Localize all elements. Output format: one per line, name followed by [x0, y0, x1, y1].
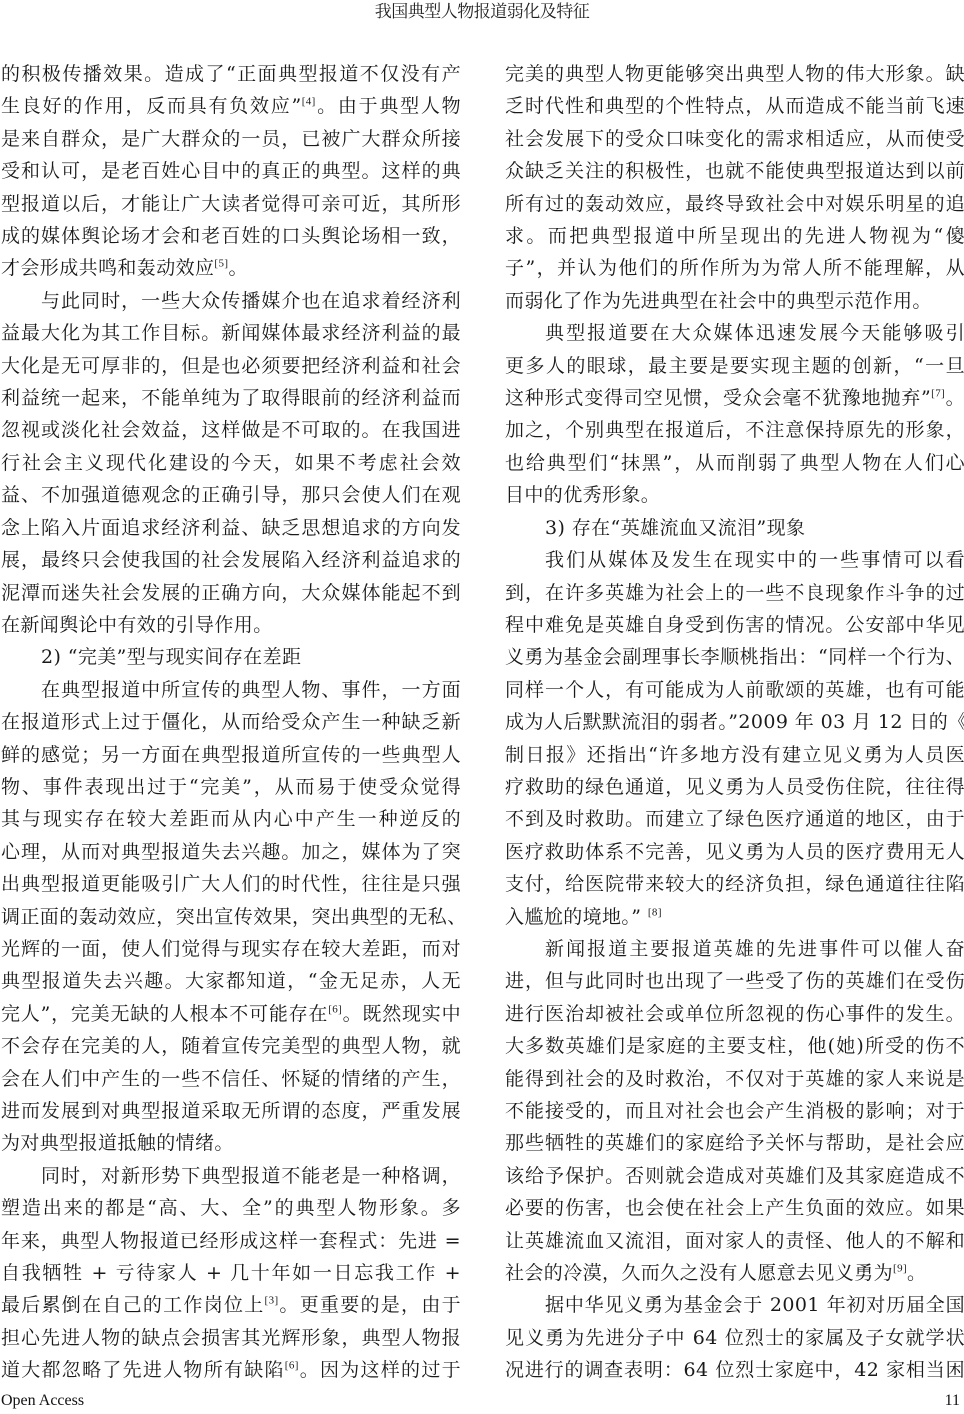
text-line: 最后累倒在自己的工作岗位上[3]。更重要的是，由于 — [1, 1289, 461, 1321]
text-line: 利益统一起来，不能单纯为了取得眼前的经济利益而 — [1, 382, 461, 414]
text-line: 加之，个别典型在报道后，不注意保持原先的形象， — [505, 414, 964, 446]
footer-journal-label: Open Access — [1, 1392, 84, 1410]
text-line: 这种形式变得司空见惯，受众会毫不犹豫地抛弃”[7]。 — [505, 382, 964, 414]
text-line: 型报道以后，才能让广大读者觉得可亲可近，其所形 — [1, 188, 461, 220]
text-line: 是来自群众，是广大群众的一员，已被广大群众所接 — [1, 123, 461, 155]
text-line: 社会发展下的受众口味变化的需求相适应，从而使受 — [505, 123, 964, 155]
text-line: 念上陷入片面追求经济利益、缺乏思想追求的方向发 — [1, 512, 461, 544]
text-line: 进行医治却被社会或单位所忽视的伤心事件的发生。 — [505, 998, 964, 1030]
text-line: 也给典型们“抹黑”，从而削弱了典型人物在人们心 — [505, 447, 964, 479]
text-line: 出典型报道更能吸引广大人们的时代性，往往是只强 — [1, 868, 461, 900]
text-line: 为对典型报道抵触的情绪。 — [1, 1127, 461, 1159]
text-line: 同样一个人，有可能成为人前歌颂的英雄，也有可能 — [505, 674, 964, 706]
text-line: 能得到社会的及时救治，不仅对于英雄的家人来说是 — [505, 1063, 964, 1095]
text-line: 心理，从而对典型报道失去兴趣。加之，媒体为了突 — [1, 836, 461, 868]
text-line: 3) 存在“英雄流血又流泪”现象 — [505, 512, 964, 544]
text-line: 年来，典型人物报道已经形成这样一套程式：先进 = — [1, 1225, 461, 1257]
text-line: 更多人的眼球，最主要是要实现主题的创新，“一旦 — [505, 350, 964, 382]
text-line: 进，但与此同时也出现了一些受了伤的英雄们在受伤 — [505, 965, 964, 997]
text-line: 光辉的一面，使人们觉得与现实存在较大差距，而对 — [1, 933, 461, 965]
citation-reference: [8] — [648, 906, 662, 918]
text-line: 鲜的感觉；另一方面在典型报道所宣传的一些典型人 — [1, 739, 461, 771]
text-line: 典型报道失去兴趣。大家都知道，“金无足赤，人无 — [1, 965, 461, 997]
text-line: 完人”，完美无缺的人根本不可能存在[6]。既然现实中 — [1, 998, 461, 1030]
text-line: 道大都忽略了先进人物所有缺陷[6]。因为这样的过于 — [1, 1354, 461, 1386]
text-line: 2) “完美”型与现实间存在差距 — [1, 641, 461, 673]
page-number: 11 — [945, 1392, 960, 1410]
text-line: 泥潭而迷失社会发展的正确方向，大众媒体能起不到 — [1, 577, 461, 609]
text-line: 乏时代性和典型的个性特点，从而造成不能当前飞速 — [505, 90, 964, 122]
text-line: 而弱化了作为先进典型在社会中的典型示范作用。 — [505, 285, 964, 317]
text-line: 与此同时，一些大众传播媒介也在追求着经济利 — [1, 285, 461, 317]
text-line: 社会的冷漠，久而久之没有人愿意去见义勇为[9]。 — [505, 1257, 964, 1289]
right-text-column: 完美的典型人物更能够突出典型人物的伟大形象。缺乏时代性和典型的个性特点，从而造成… — [505, 58, 964, 1387]
text-line: 义勇为基金会副理事长李顺桃指出：“同样一个行为、 — [505, 641, 964, 673]
text-line: 成为人后默默流泪的弱者。”2009 年 03 月 12 日的《法 — [505, 706, 964, 738]
text-line: 我们从媒体及发生在现实中的一些事情可以看 — [505, 544, 964, 576]
text-line: 完美的典型人物更能够突出典型人物的伟大形象。缺 — [505, 58, 964, 90]
text-line: 才会形成共鸣和轰动效应[5]。 — [1, 252, 461, 284]
text-line: 行社会主义现代化建设的今天，如果不考虑社会效 — [1, 447, 461, 479]
citation-reference: [9] — [893, 1263, 907, 1275]
text-line: 生良好的作用，反而具有负效应”[4]。由于典型人物 — [1, 90, 461, 122]
text-line: 程中难免是英雄自身受到伤害的情况。公安部中华见 — [505, 609, 964, 641]
text-line: 在新闻舆论中有效的引导作用。 — [1, 609, 461, 641]
text-line: 众缺乏关注的积极性，也就不能使典型报道达到以前 — [505, 155, 964, 187]
text-line: 受和认可，是老百姓心目中的真正的典型。这样的典 — [1, 155, 461, 187]
text-line: 会在人们中产生的一些不信任、怀疑的情绪的产生， — [1, 1063, 461, 1095]
text-line: 医疗救助体系不完善，见义勇为人员的医疗费用无人 — [505, 836, 964, 868]
citation-reference: [6] — [328, 1003, 342, 1015]
text-line: 不能接受的，而且对社会也会产生消极的影响；对于 — [505, 1095, 964, 1127]
text-line: 不会存在完美的人，随着宣传完美型的典型人物，就 — [1, 1030, 461, 1062]
text-line: 入尴尬的境地。” [8] — [505, 901, 964, 933]
text-line: 调正面的轰动效应，突出宣传效果，突出典型的无私、 — [1, 901, 461, 933]
citation-reference: [5] — [214, 258, 228, 270]
text-line: 让英雄流血又流泪，面对家人的责怪、他人的不解和 — [505, 1225, 964, 1257]
citation-reference: [6] — [285, 1360, 299, 1372]
text-line: 到，在许多英雄为社会上的一些不良现象作斗争的过 — [505, 577, 964, 609]
text-line: 所有过的轰动效应，最终导致社会中对娱乐明星的追 — [505, 188, 964, 220]
text-line: 忽视或淡化社会效益，这样做是不可取的。在我国进 — [1, 414, 461, 446]
left-text-column: 的积极传播效果。造成了“正面典型报道不仅没有产生良好的作用，反而具有负效应”[4… — [1, 58, 461, 1387]
text-line: 在报道形式上过于僵化，从而给受众产生一种缺乏新 — [1, 706, 461, 738]
text-line: 大化是无可厚非的，但是也必须要把经济利益和社会 — [1, 350, 461, 382]
text-line: 疗救助的绿色通道，见义勇为人员受伤住院，往往得 — [505, 771, 964, 803]
text-line: 物、事件表现出过于“完美”，从而易于使受众觉得 — [1, 771, 461, 803]
text-line: 该给予保护。否则就会造成对英雄们及其家庭造成不 — [505, 1160, 964, 1192]
text-line: 自我牺牲 + 亏待家人 + 几十年如一日忘我工作 + — [1, 1257, 461, 1289]
text-line: 求。而把典型报道中所呈现出的先进人物视为“傻 — [505, 220, 964, 252]
text-line: 新闻报道主要报道英雄的先进事件可以催人奋 — [505, 933, 964, 965]
text-line: 必要的伤害，也会使在社会上产生负面的效应。如果 — [505, 1192, 964, 1224]
text-line: 典型报道要在大众媒体迅速发展今天能够吸引 — [505, 317, 964, 349]
citation-reference: [3] — [265, 1295, 279, 1307]
running-header-title: 我国典型人物报道弱化及特征 — [0, 2, 964, 22]
text-line: 况进行的调查表明：64 位烈士家庭中，42 家相当困 — [505, 1354, 964, 1386]
text-line: 塑造出来的都是“高、大、全”的典型人物形象。多 — [1, 1192, 461, 1224]
text-line: 益、不加强道德观念的正确引导，那只会使人们在观 — [1, 479, 461, 511]
text-line: 目中的优秀形象。 — [505, 479, 964, 511]
text-line: 据中华见义勇为基金会于 2001 年初对历届全国 — [505, 1289, 964, 1321]
text-line: 不到及时救助。而建立了绿色医疗通道的地区，由于 — [505, 803, 964, 835]
text-line: 益最大化为其工作目标。新闻媒体最求经济利益的最 — [1, 317, 461, 349]
text-line: 大多数英雄们是家庭的主要支柱，他(她)所受的伤不 — [505, 1030, 964, 1062]
citation-reference: [7] — [931, 388, 945, 400]
text-line: 其与现实存在较大差距而从内心中产生一种逆反的 — [1, 803, 461, 835]
text-line: 那些牺牲的英雄们的家庭给予关怀与帮助，是社会应 — [505, 1127, 964, 1159]
text-line: 进而发展到对典型报道采取无所谓的态度，严重发展 — [1, 1095, 461, 1127]
text-line: 制日报》还指出“许多地方没有建立见义勇为人员医 — [505, 739, 964, 771]
text-line: 子”，并认为他们的所作所为为常人所不能理解，从 — [505, 252, 964, 284]
text-line: 的积极传播效果。造成了“正面典型报道不仅没有产 — [1, 58, 461, 90]
citation-reference: [4] — [302, 96, 316, 108]
text-line: 成的媒体舆论场才会和老百姓的口头舆论场相一致， — [1, 220, 461, 252]
text-line: 支付，给医院带来较大的经济负担，绿色通道往往陷 — [505, 868, 964, 900]
text-line: 同时，对新形势下典型报道不能老是一种格调， — [1, 1160, 461, 1192]
text-line: 见义勇为先进分子中 64 位烈士的家属及子女就学状 — [505, 1322, 964, 1354]
text-line: 在典型报道中所宣传的典型人物、事件，一方面 — [1, 674, 461, 706]
text-line: 担心先进人物的缺点会损害其光辉形象，典型人物报 — [1, 1322, 461, 1354]
text-line: 展，最终只会使我国的社会发展陷入经济利益追求的 — [1, 544, 461, 576]
